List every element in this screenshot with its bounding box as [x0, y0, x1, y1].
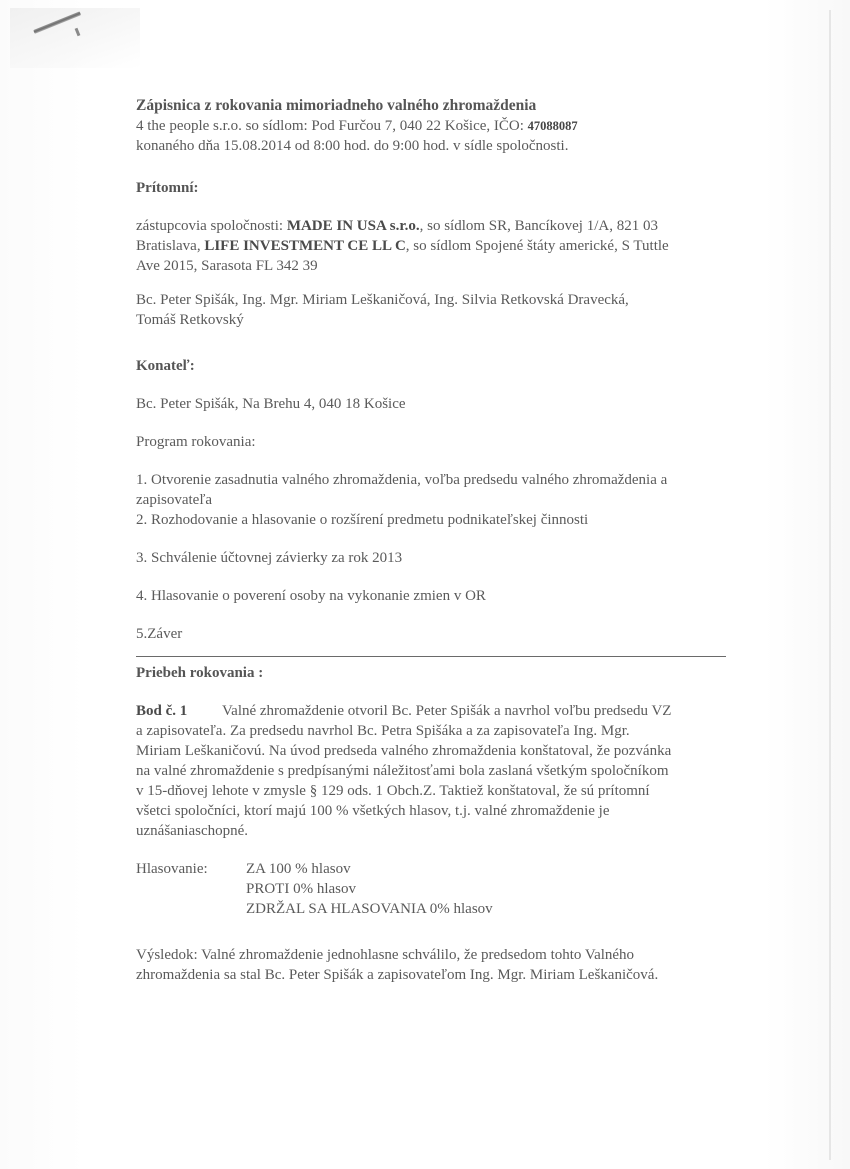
program-item-3: 3. Schválenie účtovnej závierky za rok 2…: [136, 548, 736, 568]
vote-abstain: ZDRŽAL SA HLASOVANIA 0% hlasov: [246, 899, 493, 919]
bod-1-paragraph: Bod č. 1Valné zhromaždenie otvoril Bc. P…: [136, 701, 736, 841]
persons-line-2: Tomáš Retkovský: [136, 312, 244, 328]
document-body: Zápisnica z rokovania mimoriadneho valné…: [136, 96, 736, 985]
voting-block: Hlasovanie: ZA 100 % hlasov PROTI 0% hla…: [136, 859, 736, 919]
voting-results: ZA 100 % hlasov PROTI 0% hlasov ZDRŽAL S…: [246, 859, 493, 919]
program-list: 1. Otvorenie zasadnutia valného zhromažd…: [136, 470, 736, 644]
bod-1-line: na valné zhromaždenie s predpísanými nál…: [136, 761, 736, 781]
bod-1-line: uznášaniaschopné.: [136, 821, 736, 841]
executive-heading: Konateľ:: [136, 356, 736, 376]
present-persons: Bc. Peter Spišák, Ing. Mgr. Miriam Leška…: [136, 290, 736, 330]
meeting-date-line: konaného dňa 15.08.2014 od 8:00 hod. do …: [136, 136, 736, 156]
executive-name-address: Bc. Peter Spišák, Na Brehu 4, 040 18 Koš…: [136, 394, 736, 414]
company-line: 4 the people s.r.o. so sídlom: Pod Furčo…: [136, 116, 736, 136]
bod-1-line: v 15-dňovej lehote v zmysle § 129 ods. 1…: [136, 781, 736, 801]
result-line: zhromaždenia sa stal Bc. Peter Spišák a …: [136, 965, 736, 985]
result-paragraph: Výsledok: Valné zhromaždenie jednohlasne…: [136, 945, 736, 985]
company1-address: , so sídlom SR, Bancíkovej 1/A, 821 03: [420, 218, 658, 234]
document-title: Zápisnica z rokovania mimoriadneho valné…: [136, 96, 736, 116]
company-line-text: 4 the people s.r.o. so sídlom: Pod Furčo…: [136, 118, 524, 134]
bod-1-line: Valné zhromaždenie otvoril Bc. Peter Spi…: [222, 703, 671, 719]
company2-address: , so sídlom Spojené štáty americké, S Tu…: [406, 238, 669, 254]
company2-address-line: Ave 2015, Sarasota FL 342 39: [136, 258, 318, 274]
bod-1-label: Bod č. 1: [136, 701, 222, 721]
program-heading: Program rokovania:: [136, 432, 736, 452]
program-item-2: 2. Rozhodovanie a hlasovanie o rozšírení…: [136, 510, 736, 530]
voting-label: Hlasovanie:: [136, 859, 246, 919]
persons-line-1: Bc. Peter Spišák, Ing. Mgr. Miriam Leška…: [136, 292, 629, 308]
program-item-1-cont: zapisovateľa: [136, 490, 736, 510]
result-line: Výsledok: Valné zhromaždenie jednohlasne…: [136, 945, 736, 965]
page-edge: [829, 10, 831, 1160]
horizontal-divider: [136, 656, 726, 657]
company-made-in-usa: MADE IN USA s.r.o.: [287, 218, 420, 234]
present-representatives: zástupcovia spoločnosti: MADE IN USA s.r…: [136, 216, 736, 276]
program-item-4: 4. Hlasovanie o poverení osoby na vykona…: [136, 586, 736, 606]
bod-1-line: a zapisovateľa. Za predsedu navrhol Bc. …: [136, 721, 736, 741]
present-heading: Prítomní:: [136, 178, 736, 198]
bod-1-line: všetci spoločníci, ktorí majú 100 % všet…: [136, 801, 736, 821]
program-item-1: 1. Otvorenie zasadnutia valného zhromažd…: [136, 470, 736, 490]
reps-prefix: zástupcovia spoločnosti:: [136, 218, 287, 234]
company-life-investment: LIFE INVESTMENT CE LL C: [204, 238, 405, 254]
proceedings-heading: Priebeh rokovania :: [136, 663, 736, 683]
bod-1-line: Miriam Leškaničovú. Na úvod predseda val…: [136, 741, 736, 761]
city-bratislava: Bratislava,: [136, 238, 204, 254]
vote-against: PROTI 0% hlasov: [246, 879, 493, 899]
company-ico: 47088087: [528, 119, 578, 133]
program-item-5: 5.Záver: [136, 624, 736, 644]
scanned-page: Zápisnica z rokovania mimoriadneho valné…: [0, 0, 850, 1169]
vote-for: ZA 100 % hlasov: [246, 859, 493, 879]
